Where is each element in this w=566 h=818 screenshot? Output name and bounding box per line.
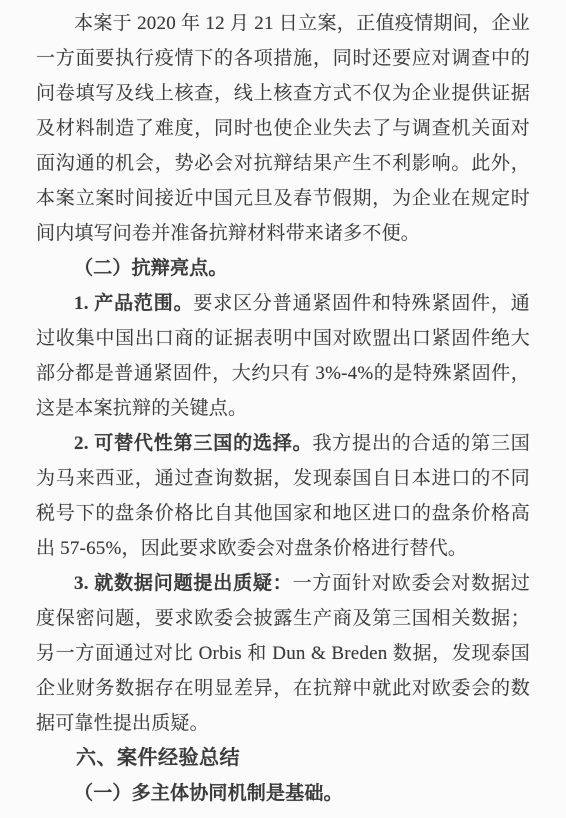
subheading-multi-party-mechanism: （一）多主体协同机制是基础。 [36, 776, 530, 811]
third-country-lead: 2. 可替代性第三国的选择。 [74, 433, 312, 454]
heading-case-experience-summary: 六、案件经验总结 [36, 741, 530, 776]
subheading-defense-highlights: （二）抗辩亮点。 [36, 251, 530, 286]
paragraph-case-filing: 本案于 2020 年 12 月 21 日立案，正值疫情期间，企业一方面要执行疫情… [36, 6, 530, 251]
paragraph-product-scope: 1. 产品范围。要求区分普通紧固件和特殊紧固件，通过收集中国出口商的证据表明中国… [36, 286, 530, 426]
product-scope-lead: 1. 产品范围。 [74, 293, 193, 314]
data-issues-body: 一方面针对欧委会对数据过度保密问题，要求欧委会披露生产商及第三国相关数据；另一方… [36, 573, 530, 734]
data-issues-lead: 3. 就数据问题提出质疑： [74, 573, 293, 594]
paragraph-third-country: 2. 可替代性第三国的选择。我方提出的合适的第三国为马来西亚，通过查询数据，发现… [36, 426, 530, 566]
paragraph-data-issues: 3. 就数据问题提出质疑：一方面针对欧委会对数据过度保密问题，要求欧委会披露生产… [36, 566, 530, 741]
document-page: 本案于 2020 年 12 月 21 日立案，正值疫情期间，企业一方面要执行疫情… [0, 0, 566, 818]
